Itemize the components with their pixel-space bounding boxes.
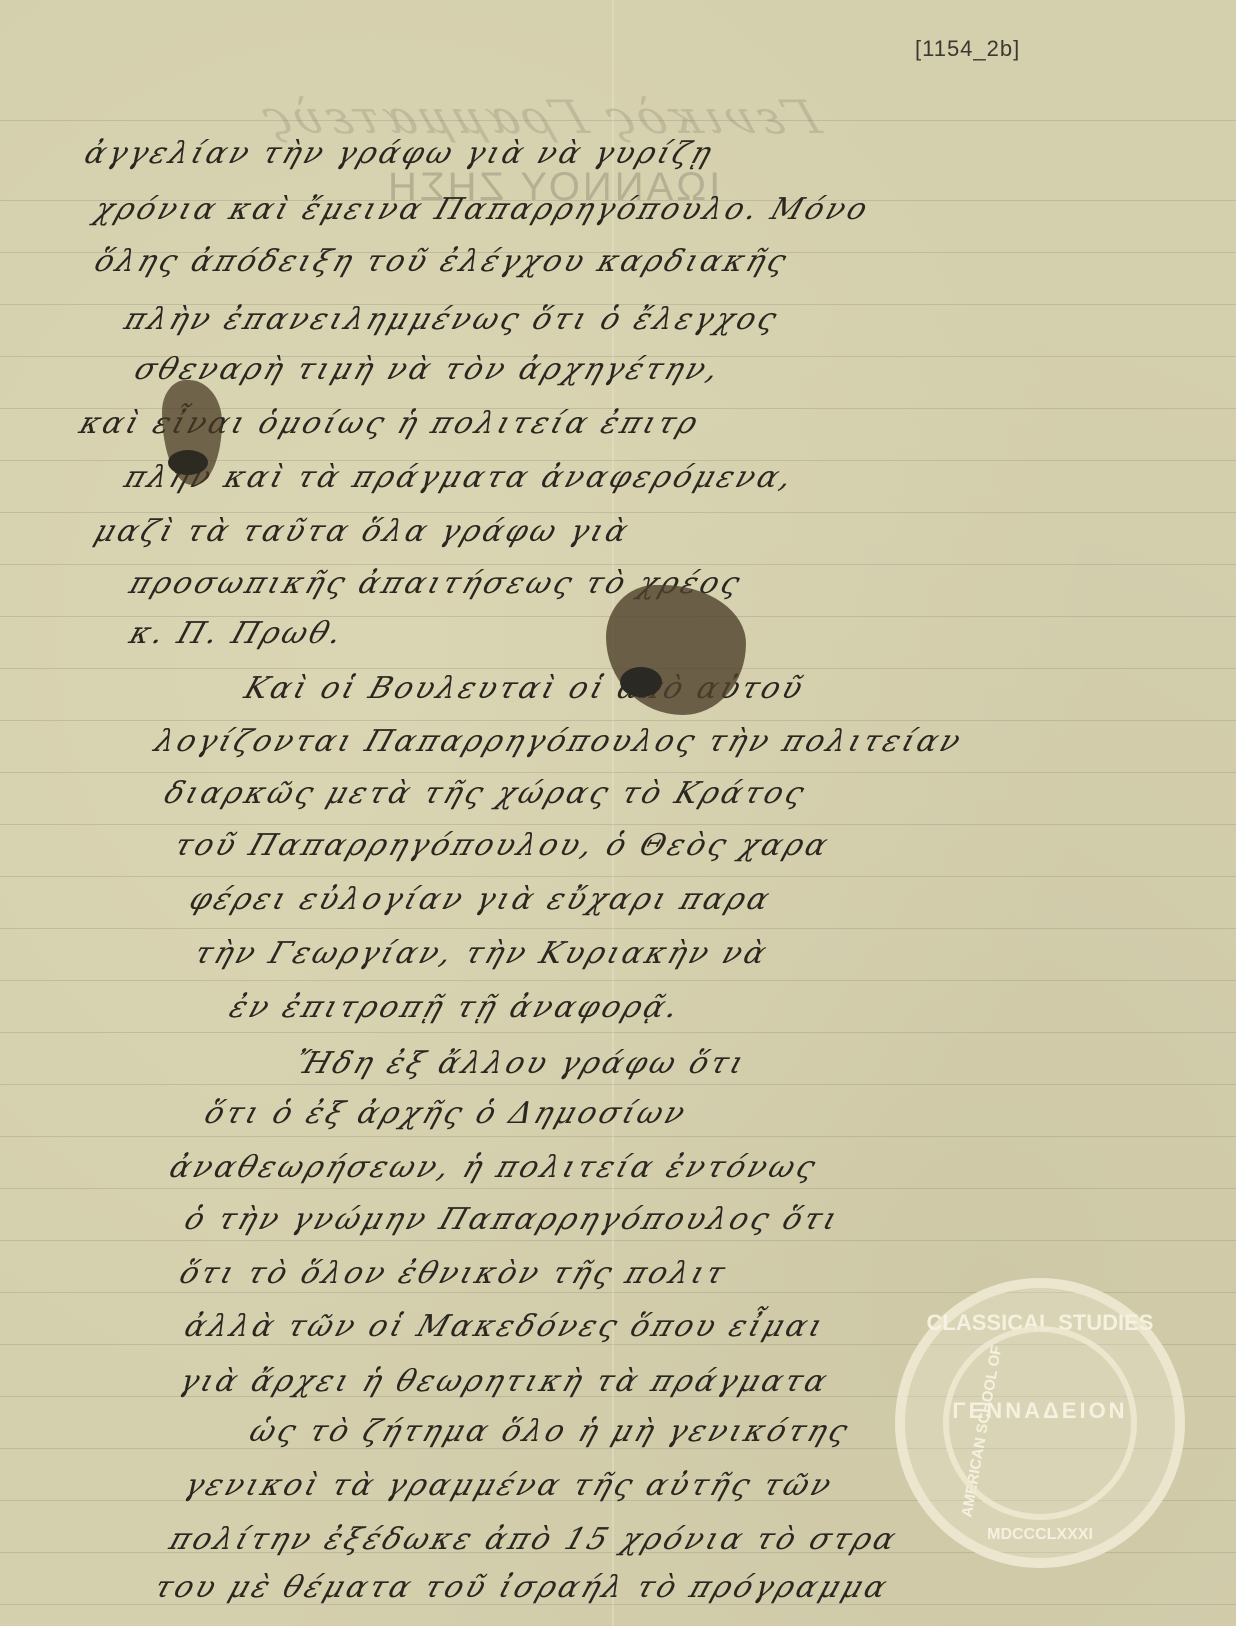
ruled-line [0,564,1236,565]
handwritten-line: πλὴν καὶ τὰ πράγματα ἀναφερόμενα, [120,460,799,495]
handwritten-line: ἐν ἐπιτροπῇ τῇ ἀναφορᾷ. [225,990,686,1025]
handwritten-line: ἀγγελίαν τὴν γράφω γιὰ νὰ γυρίζῃ [80,136,719,171]
seal-text-bottom: MDCCCLXXXI [905,1526,1175,1544]
archive-reference: [1154_2b] [915,36,1020,62]
manuscript-page: Γενικὸς Γραμματεὺς ΙΩΑΝΝΟΥ ΖΗΣΗ [1154_2b… [0,0,1236,1626]
ruled-line [0,1136,1236,1137]
handwritten-line: λογίζονται Παπαρρηγόπουλος τὴν πολιτείαν [150,724,968,759]
handwritten-line: διαρκῶς μετὰ τῆς χώρας τὸ Κράτος [160,776,811,811]
ruled-line [0,980,1236,981]
handwritten-line: γιὰ ἄρχει ἡ θεωρητικὴ τὰ πράγματα [175,1364,834,1399]
ruled-line [0,772,1236,773]
seal-text-middle: ΓΕΝΝΑΔΕΙΟΝ [905,1398,1175,1424]
handwritten-line: ὁ τὴν γνώμην Παπαρρηγόπουλος ὅτι [180,1202,845,1237]
ruled-line [0,1240,1236,1241]
ruled-line [0,720,1236,721]
watermark-seal: CLASSICAL STUDIES AMERICAN SCHOOL OF ΓΕΝ… [895,1278,1185,1568]
ruled-line [0,928,1236,929]
ruled-line [0,1188,1236,1189]
handwritten-line: γενικοὶ τὰ γραμμένα τῆς αὐτῆς τῶν [180,1468,838,1503]
handwritten-line: φέρει εὐλογίαν γιὰ εὔχαρι παρα [185,882,777,917]
ruled-line [0,876,1236,877]
handwritten-line: ὅτι τὸ ὅλον ἐθνικὸν τῆς πολιτ [175,1256,732,1291]
ruled-line [0,1032,1236,1033]
handwritten-line: πλὴν ἐπανειλημμένως ὅτι ὁ ἔλεγχος [120,302,784,337]
handwritten-line: ὅλης ἀπόδειξη τοῦ ἐλέγχου καρδιακῆς [90,244,793,279]
handwritten-line: τὴν Γεωργίαν, τὴν Κυριακὴν νὰ [190,936,774,971]
handwritten-line: τοῦ Παπαρρηγόπουλου, ὁ Θεὸς χαρα [170,828,835,863]
handwritten-line: πολίτην ἐξέδωκε ἀπὸ 15 χρόνια τὸ στρα [165,1522,903,1557]
handwritten-line: μαζὶ τὰ ταῦτα ὅλα γράφω γιὰ [90,514,635,549]
handwritten-line: ἀναθεωρήσεων, ἡ πολιτεία ἐντόνως [165,1150,823,1185]
handwritten-line: Ἤδη ἐξ ἄλλου γράφω ὅτι [290,1046,751,1081]
ruled-line [0,512,1236,513]
ruled-line [0,824,1236,825]
handwritten-line: ὡς τὸ ζήτημα ὅλο ἡ μὴ γενικότης [245,1414,855,1449]
handwritten-line: ἀλλὰ τῶν οἱ Μακεδόνες ὅπου εἶμαι [180,1309,830,1344]
handwritten-line: κ. Π. Πρωθ. [125,616,349,651]
handwritten-line: χρόνια καὶ ἔμεινα Παπαρρηγόπουλο. Μόνο [90,192,875,227]
handwritten-line: του μὲ θέματα τοῦ ἰσραήλ τὸ πρόγραμμα [150,1570,894,1605]
handwritten-line: ὅτι ὁ ἐξ ἀρχῆς ὁ Δημοσίων [200,1096,692,1131]
ruled-line [0,1084,1236,1085]
handwritten-line: σθεναρὴ τιμὴ νὰ τὸν ἀρχηγέτην, [130,352,726,387]
